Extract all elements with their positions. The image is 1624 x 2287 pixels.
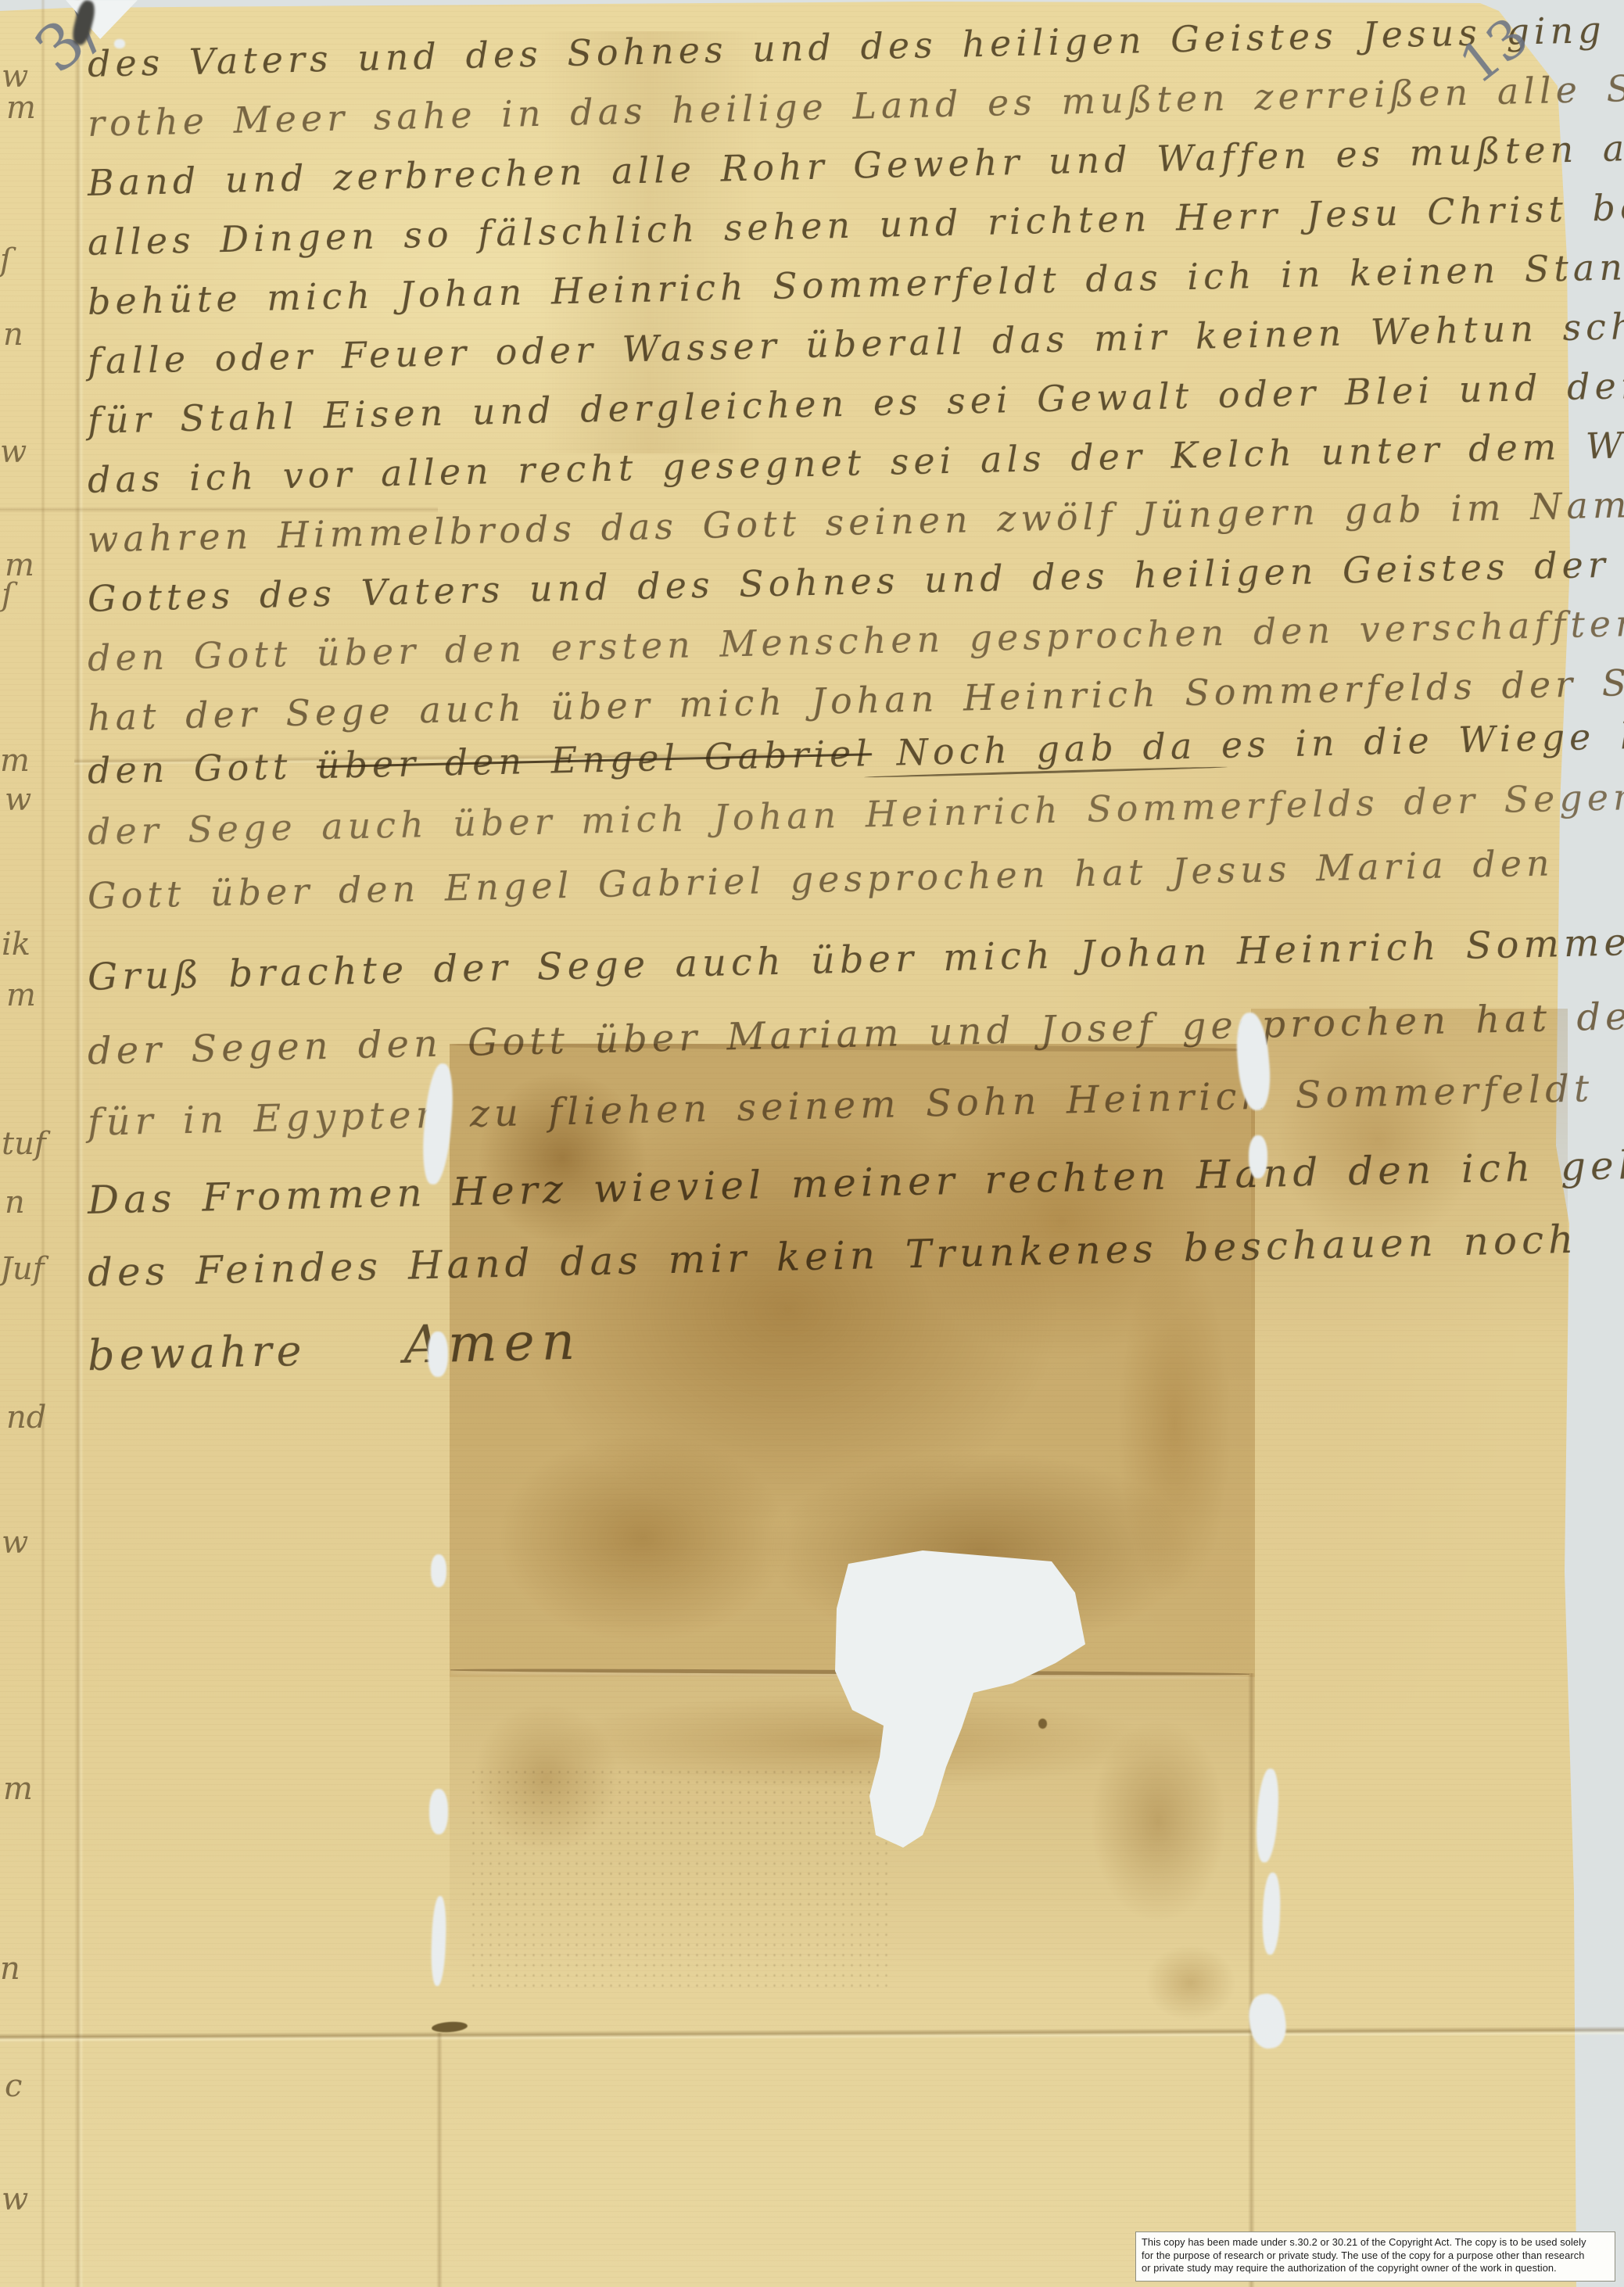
margin-ink-fragment: nd: [6, 1400, 46, 1436]
margin-ink-fragment: Juf: [0, 1251, 45, 1287]
copyright-notice-line: This copy has been made under s.30.2 or …: [1142, 2236, 1609, 2249]
tear-gap-left: [431, 1554, 446, 1587]
handwriting-segment: den Gott: [87, 744, 317, 792]
manuscript-scan: 3/ 13 des Vaters und des Sohnes und des …: [0, 0, 1624, 2287]
margin-ink-fragment: ſ: [2, 577, 13, 613]
margin-ink-fragment: ik: [2, 927, 30, 962]
copyright-notice-line: or private study may require the authori…: [1142, 2262, 1609, 2275]
margin-ink-fragment: m: [6, 90, 36, 126]
tear-gap-left: [428, 1332, 448, 1377]
margin-ink-fragment: m: [6, 977, 36, 1013]
margin-ink-fragment: tuf: [2, 1126, 46, 1162]
margin-ink-fragment: m: [3, 1771, 33, 1807]
handwriting-line: Das Frommen Herz wieviel meiner rechten …: [87, 1143, 1581, 1224]
handwriting-line: des Feindes Hand das mir kein Trunkenes …: [87, 1216, 1581, 1296]
margin-ink-fragment: m: [0, 743, 30, 779]
tear-gap-left: [429, 1789, 448, 1834]
margin-ink-fragment: w: [2, 1525, 28, 1561]
handwriting-line: für in Egypten zu fliehen seinem Sohn He…: [87, 1066, 1581, 1146]
handwriting-line: Gruß brachte der Sege auch über mich Joh…: [87, 920, 1581, 1001]
copyright-notice-line: for the purpose of research or private s…: [1142, 2249, 1609, 2263]
margin-ink-fragment: c: [5, 2068, 22, 2104]
handwriting-closing-line: bewahreAmen: [87, 1296, 1581, 1379]
struck-out-words: über den Engel Gabriel: [316, 732, 872, 787]
ink-bleedthrough-speckles: [469, 1767, 891, 1994]
tear-gap-right: [1249, 1135, 1267, 1178]
margin-ink-fragment: n: [3, 317, 23, 353]
handwriting-segment: Noch gab da es in die Wiege hing: [871, 713, 1624, 775]
margin-ink-fragment: ſ: [0, 242, 12, 278]
handwriting-line: Gott über den Engel Gabriel gesprochen h…: [87, 839, 1581, 919]
handwriting-segment: bewahre: [87, 1326, 307, 1380]
margin-ink-fragment: n: [0, 1951, 20, 1987]
margin-ink-fragment: w: [0, 434, 27, 470]
copyright-notice: This copy has been made under s.30.2 or …: [1135, 2231, 1615, 2282]
margin-ink-fragment: n: [5, 1185, 25, 1221]
small-dark-hole: [1038, 1719, 1047, 1729]
handwriting-line: der Segen den Gott über Mariam und Josef…: [87, 995, 1581, 1075]
margin-ink-fragment: w: [5, 782, 31, 818]
margin-ink-fragment: w: [2, 2181, 28, 2217]
small-hole: [114, 39, 125, 48]
